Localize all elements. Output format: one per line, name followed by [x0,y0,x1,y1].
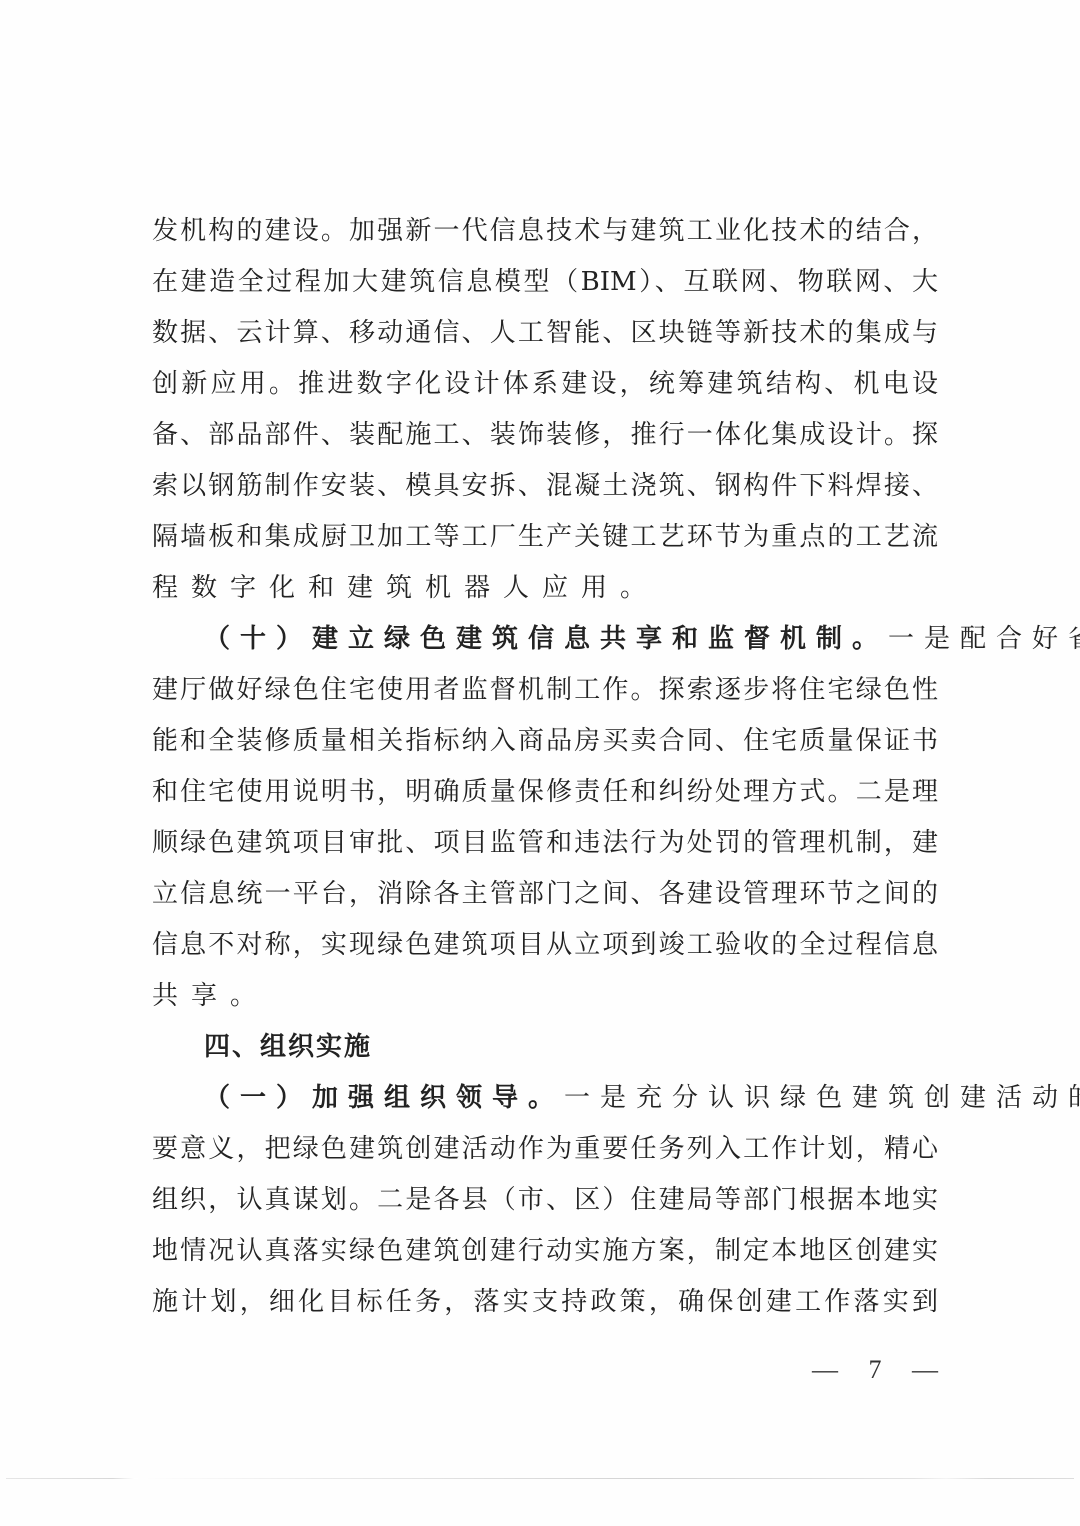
chapter-title: 四、组织实施 [152,1022,942,1073]
text-line: 备、部品部件、装配施工、装饰装修，推行一体化集成设计。探 [152,410,938,461]
text-line: 创新应用。推进数字化设计体系建设，统筹建筑结构、机电设 [152,359,938,410]
text-line: 立信息统一平台，消除各主管部门之间、各建设管理环节之间的 [152,869,938,920]
section-heading-10: （十）建立绿色建筑信息共享和监督机制。 [204,624,888,654]
chapter-heading-4: 四、组织实施 [152,1022,942,1073]
section-1-lead-text: 一是充分认识绿色建筑创建活动的重 [564,1083,1080,1113]
text-line: 信息不对称，实现绿色建筑项目从立项到竣工验收的全过程信息 [152,920,938,971]
text-line: 索以钢筋制作安装、模具安拆、混凝土浇筑、钢构件下料焊接、 [152,461,938,512]
paragraph-section-1: （一）加强组织领导。一是充分认识绿色建筑创建活动的重 要意义，把绿色建筑创建活动… [152,1073,942,1328]
text-line: 能和全装修质量相关指标纳入商品房买卖合同、住宅质量保证书 [152,716,938,767]
section-heading-1: （一）加强组织领导。 [204,1083,564,1113]
paragraph-section-10: （十）建立绿色建筑信息共享和监督机制。一是配合好省住 建厅做好绿色住宅使用者监督… [152,614,942,1022]
text-line: 发机构的建设。加强新一代信息技术与建筑工业化技术的结合， [152,206,938,257]
text-line: 施计划，细化目标任务，落实支持政策，确保创建工作落实到 [152,1277,938,1328]
text-line: 组织，认真谋划。二是各县（市、区）住建局等部门根据本地实 [152,1175,938,1226]
text-line: 程数字化和建筑机器人应用。 [152,563,942,614]
text-line-first: （一）加强组织领导。一是充分认识绿色建筑创建活动的重 [152,1073,942,1124]
text-line: 在建造全过程加大建筑信息模型（BIM）、互联网、物联网、大 [152,257,938,308]
paragraph-continuation: 发机构的建设。加强新一代信息技术与建筑工业化技术的结合， 在建造全过程加大建筑信… [152,206,942,614]
text-line: 和住宅使用说明书，明确质量保修责任和纠纷处理方式。二是理 [152,767,938,818]
text-line-first: （十）建立绿色建筑信息共享和监督机制。一是配合好省住 [152,614,942,665]
section-10-lead-text: 一是配合好省住 [888,624,1080,654]
page-number: — 7 — [812,1350,950,1390]
text-line: 数据、云计算、移动通信、人工智能、区块链等新技术的集成与 [152,308,938,359]
document-body: 发机构的建设。加强新一代信息技术与建筑工业化技术的结合， 在建造全过程加大建筑信… [152,206,942,1328]
text-line: 建厅做好绿色住宅使用者监督机制工作。探索逐步将住宅绿色性 [152,665,938,716]
text-line: 隔墙板和集成厨卫加工等工厂生产关键工艺环节为重点的工艺流 [152,512,938,563]
text-line: 地情况认真落实绿色建筑创建行动实施方案，制定本地区创建实 [152,1226,938,1277]
text-line: 共享。 [152,971,942,1022]
text-line: 顺绿色建筑项目审批、项目监管和违法行为处罚的管理机制，建 [152,818,938,869]
page-edge-divider [6,1478,1074,1479]
text-line: 要意义，把绿色建筑创建活动作为重要任务列入工作计划，精心 [152,1124,938,1175]
document-page: 发机构的建设。加强新一代信息技术与建筑工业化技术的结合， 在建造全过程加大建筑信… [0,0,1080,1526]
